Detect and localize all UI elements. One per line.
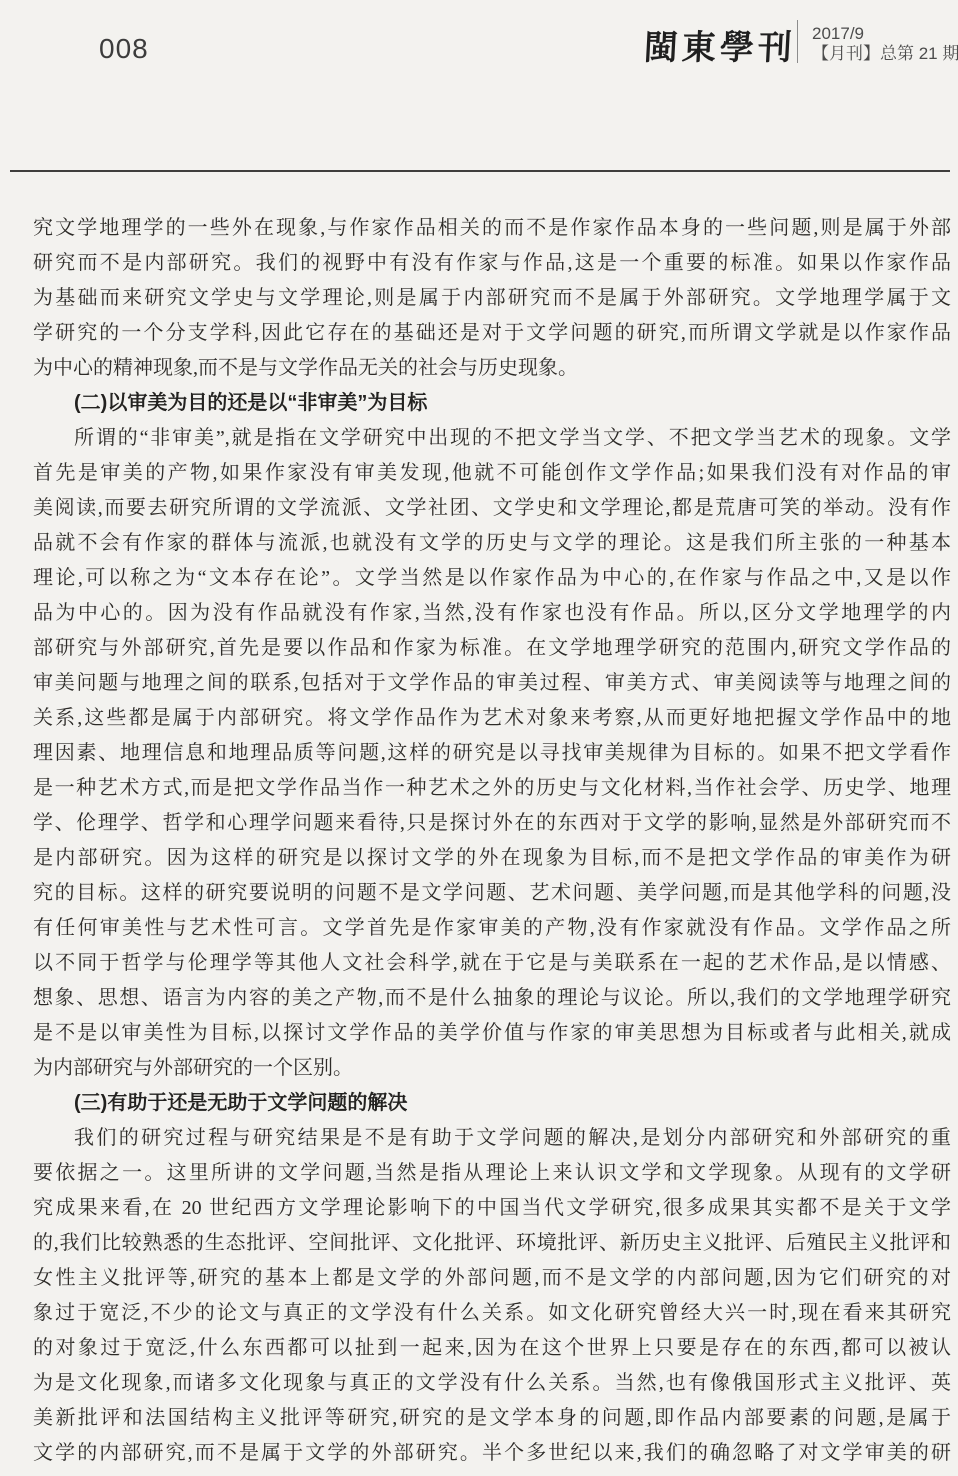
body-text-line: 美阅读,而要去研究所谓的文学流派、文学社团、文学史和文学理论,都是荒唐可笑的举动… — [33, 491, 951, 526]
body-text-line: 女性主义批评等,研究的基本上都是文学的外部问题,而不是文学的内部问题,因为它们研… — [33, 1261, 951, 1296]
body-text-line: 是内部研究。因为这样的研究是以探讨文学的外在现象为目标,而不是把文学作品的审美作… — [33, 841, 951, 876]
body-text-line: 部研究与外部研究,首先是要以作品和作家为标准。在文学地理学研究的范围内,研究文学… — [33, 631, 951, 666]
body-text-line: 学、伦理学、哲学和心理学问题来看待,只是探讨外在的东西对于文学的影响,显然是外部… — [33, 806, 951, 841]
body-text-line: 为中心的精神现象,而不是与文学作品无关的社会与历史现象。 — [33, 351, 951, 386]
body-text-line: 我们的研究过程与研究结果是不是有助于文学问题的解决,是划分内部研究和外部研究的重 — [33, 1121, 951, 1156]
body-text-line: 是一种艺术方式,而是把文学作品当作一种艺术之外的历史与文化材料,当作社会学、历史… — [33, 771, 951, 806]
body-text-line: 想象、思想、语言为内容的美之产物,而不是什么抽象的理论与议论。所以,我们的文学地… — [33, 981, 951, 1016]
issue-number: 【月刊】总第 21 期 — [812, 44, 958, 64]
body-text-line: 美新批评和法国结构主义批评等研究,研究的是文学本身的问题,即作品内部要素的问题,… — [33, 1401, 951, 1436]
body-text-line: 研究而不是内部研究。我们的视野中有没有作家与作品,这是一个重要的标准。如果以作家… — [33, 246, 951, 281]
body-text-line: 究的目标。这样的研究要说明的问题不是文学问题、艺术问题、美学问题,而是其他学科的… — [33, 876, 951, 911]
body-text-line: 是不是以审美性为目标,以探讨文学作品的美学价值与作家的审美思想为目标或者与此相关… — [33, 1016, 951, 1051]
page-number: 008 — [99, 33, 149, 65]
body-text-line: 理论,可以称之为“文本存在论”。文学当然是以作家作品为中心的,在作家与作品之中,… — [33, 561, 951, 596]
section-heading: (二)以审美为目的还是以“非审美”为目标 — [33, 386, 951, 421]
body-text-line: 首先是审美的产物,如果作家没有审美发现,他就不可能创作文学作品;如果我们没有对作… — [33, 456, 951, 491]
body-text-line: 究文学地理学的一些外在现象,与作家作品相关的而不是作家作品本身的一些问题,则是属… — [33, 211, 951, 246]
body-text-line: 理因素、地理信息和地理品质等问题,这样的研究是以寻找审美规律为目标的。如果不把文… — [33, 736, 951, 771]
body-text-line: 象过于宽泛,不少的论文与真正的文学没有什么关系。如文化研究曾经大兴一时,现在看来… — [33, 1296, 951, 1331]
body-text-line: 所谓的“非审美”,就是指在文学研究中出现的不把文学当文学、不把文学当艺术的现象。… — [33, 421, 951, 456]
header-divider — [797, 20, 798, 63]
header-rule — [10, 170, 950, 172]
body-text-line: 要依据之一。这里所讲的文学问题,当然是指从理论上来认识文学和文学现象。从现有的文… — [33, 1156, 951, 1191]
body-text-line: 文学的内部研究,而不是属于文学的外部研究。半个多世纪以来,我们的确忽略了对文学审… — [33, 1436, 951, 1471]
body-text-line: 为内部研究与外部研究的一个区别。 — [33, 1051, 951, 1086]
body-text-line: 以不同于哲学与伦理学等其他人文社会科学,就在于它是与美联系在一起的艺术作品,是以… — [33, 946, 951, 981]
body-text-line: 的对象过于宽泛,什么东西都可以扯到一起来,因为在这个世界上只要是存在的东西,都可… — [33, 1331, 951, 1366]
body-text-line: 品为中心的。因为没有作品就没有作家,当然,没有作家也没有作品。所以,区分文学地理… — [33, 596, 951, 631]
body-text-line: 的,我们比较熟悉的生态批评、空间批评、文化批评、环境批评、新历史主义批评、后殖民… — [33, 1226, 951, 1261]
article-body: 究文学地理学的一些外在现象,与作家作品相关的而不是作家作品本身的一些问题,则是属… — [33, 211, 951, 1471]
body-text-line: 关系,这些都是属于内部研究。将文学作品作为艺术对象来考察,从而更好地把握文学作品… — [33, 701, 951, 736]
section-heading: (三)有助于还是无助于文学问题的解决 — [33, 1086, 951, 1121]
body-text-line: 审美问题与地理之间的联系,包括对于文学作品的审美过程、审美方式、审美阅读等与地理… — [33, 666, 951, 701]
issue-info: 2017/9 【月刊】总第 21 期 — [812, 24, 958, 64]
body-text-line: 为基础而来研究文学史与文学理论,则是属于内部研究而不是属于外部研究。文学地理学属… — [33, 281, 951, 316]
body-text-line: 有任何审美性与艺术性可言。文学首先是作家审美的产物,没有作家就没有作品。文学作品… — [33, 911, 951, 946]
journal-title-calligraphy: 閩東學刊 — [643, 20, 794, 69]
body-text-line: 品就不会有作家的群体与流派,也就没有文学的历史与文学的理论。这是我们所主张的一种… — [33, 526, 951, 561]
issue-date: 2017/9 — [812, 24, 958, 44]
body-text-line: 究成果来看,在 20 世纪西方文学理论影响下的中国当代文学研究,很多成果其实都不… — [33, 1191, 951, 1226]
body-text-line: 学研究的一个分支学科,因此它存在的基础还是对于文学问题的研究,而所谓文学就是以作… — [33, 316, 951, 351]
body-text-line: 为是文化现象,而诸多文化现象与真正的文学没有什么关系。当然,也有像俄国形式主义批… — [33, 1366, 951, 1401]
